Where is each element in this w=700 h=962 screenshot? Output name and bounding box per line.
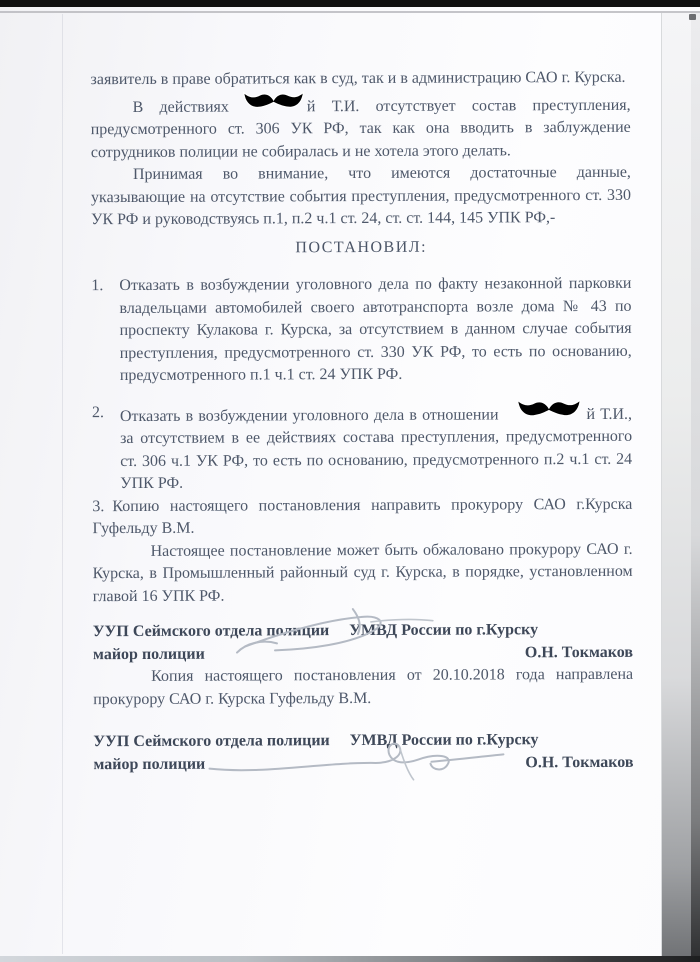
list-number: 2. [92,402,104,425]
paragraph-grounds: Принимая во внимание, что имеются достат… [91,162,631,232]
signature-block-1: УУП Сеймского отдела полицииУМВД России … [93,619,633,666]
officer-rank: майор полиции [93,753,205,776]
scanned-page: заявитель в праве обратиться как в суд, … [0,0,700,962]
paragraph-continuation: заявитель в праве обратиться как в суд, … [90,67,630,92]
scan-edge-right-dark [691,13,700,962]
mustache-redaction-icon [512,400,584,426]
scan-edge-bottom [0,956,700,962]
officer-department: УМВД России по г.Курску [349,621,538,639]
scan-edge-top [0,0,700,7]
list-number: 1. [91,275,103,298]
resolution-heading: ПОСТАНОВИЛ: [91,235,631,260]
officer-department: УМВД России по г.Курску [350,731,539,749]
list-item-text: Отказать в возбуждении уголовного дела п… [119,275,631,384]
document-body: заявитель в праве обратиться как в суд, … [90,67,633,776]
paragraph-copy-note: Копия настоящего постановления от 20.10.… [93,664,633,711]
page-crease [62,14,63,954]
list-item-2: 2. Отказать в возбуждении уголовного дел… [92,399,632,495]
officer-name: О.Н. Токмаков [525,641,633,664]
officer-unit: УУП Сеймского отдела полиции [93,622,329,640]
signature-block-2: УУП Сеймского отдела полицииУМВД России … [93,729,633,776]
scan-speck [689,14,696,20]
list-item-text: Копию настоящего постановления направить… [92,495,632,537]
scan-line-top [0,11,700,13]
paragraph-actions: В действияхй Т.И. отсутствует состав пре… [91,89,631,164]
officer-name: О.Н. Токмаков [525,751,633,774]
list-item-text: Отказать в возбуждении уголовного дела в… [120,406,499,425]
mustache-redaction-icon [243,91,305,118]
list-item-3: 3.Копию настоящего постановления направи… [92,493,632,540]
officer-unit: УУП Сеймского отдела полиции [93,732,329,750]
paragraph-appeal: Настоящее постановление может быть обжал… [93,538,633,608]
list-item-1: 1. Отказать в возбуждении уголовного дел… [91,273,631,388]
list-number: 3. [92,498,104,515]
officer-rank: майор полиции [93,643,205,666]
